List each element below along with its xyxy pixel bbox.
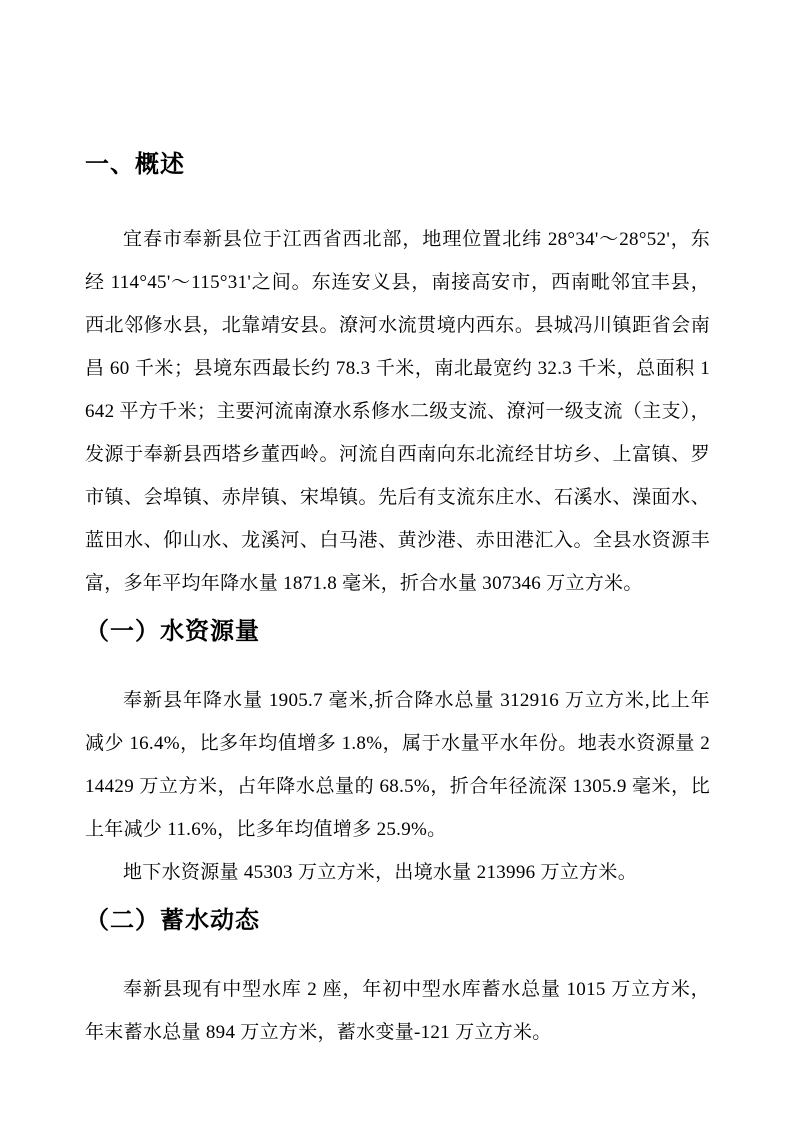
heading-storage-dynamics: （二）蓄水动态: [85, 906, 710, 936]
document-page: 一、概述 宜春市奉新县位于江西省西北部，地理位置北纬 28°34'～28°52'…: [0, 0, 793, 1122]
paragraph-water-resources-groundwater: 地下水资源量 45303 万立方米，出境水量 213996 万立方米。: [85, 851, 710, 894]
section-storage-dynamics: （二）蓄水动态 奉新县现有中型水库 2 座，年初中型水库蓄水总量 1015 万立…: [85, 906, 710, 1054]
section-water-resources: （一）水资源量 奉新县年降水量 1905.7 毫米,折合降水总量 312916 …: [85, 617, 710, 894]
heading-water-resources: （一）水资源量: [85, 617, 710, 647]
paragraph-water-resources-surface: 奉新县年降水量 1905.7 毫米,折合降水总量 312916 万立方米,比上年…: [85, 679, 710, 851]
heading-overview: 一、概述: [85, 150, 710, 180]
paragraph-overview: 宜春市奉新县位于江西省西北部，地理位置北纬 28°34'～28°52'，东经 1…: [85, 218, 710, 605]
paragraph-storage-dynamics: 奉新县现有中型水库 2 座，年初中型水库蓄水总量 1015 万立方米，年末蓄水总…: [85, 968, 710, 1054]
section-overview: 一、概述 宜春市奉新县位于江西省西北部，地理位置北纬 28°34'～28°52'…: [85, 150, 710, 605]
